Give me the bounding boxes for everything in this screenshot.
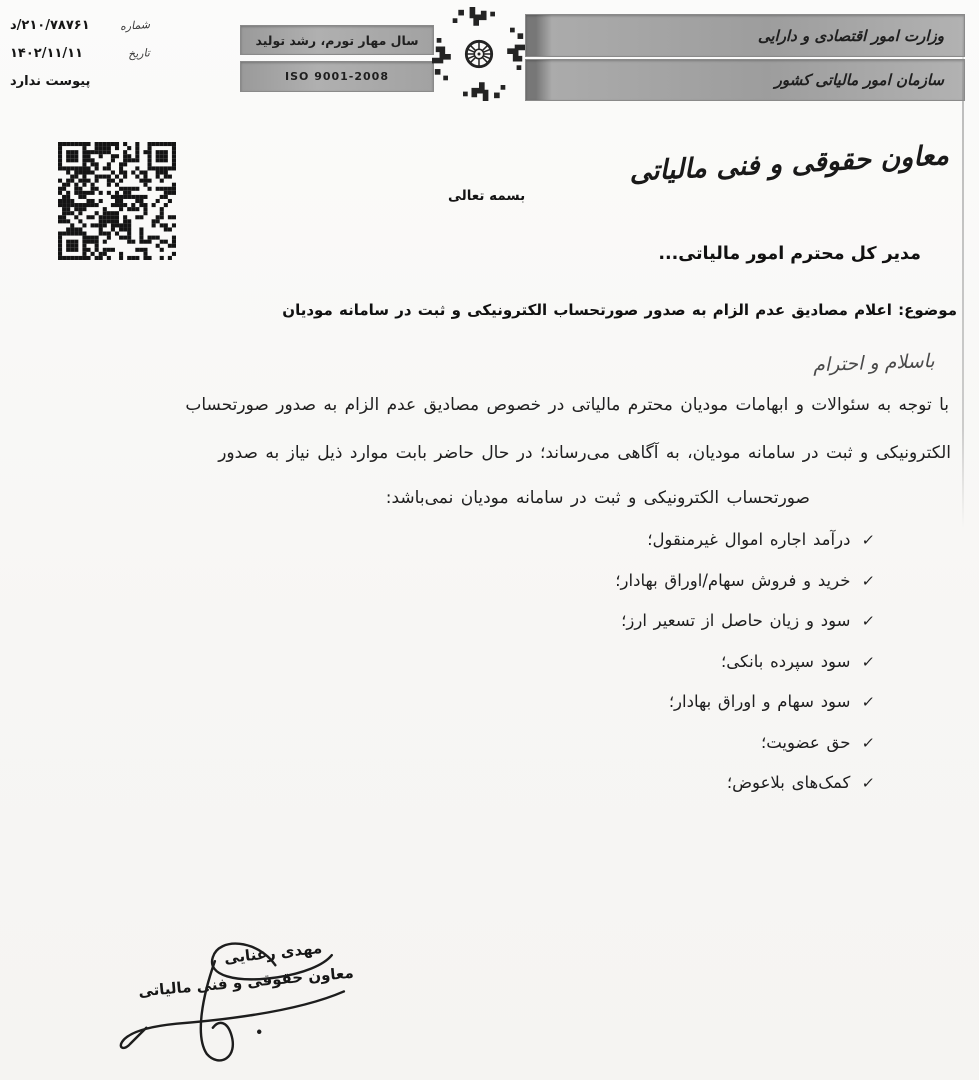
exemption-checklist: ✓ درآمد اجاره اموال غیرمنقول؛ ✓ خرید و ف…	[615, 530, 875, 792]
checkmark-icon: ✓	[861, 531, 876, 549]
checkmark-icon: ✓	[861, 774, 876, 792]
checkmark-icon: ✓	[861, 693, 876, 711]
list-item-text: سود و زیان حاصل از تسعیر ارز؛	[621, 611, 850, 630]
organization-banner: سازمان امور مالیاتی کشور	[525, 59, 965, 101]
tax-organization-emblem-icon	[432, 6, 526, 102]
iso-banner: ISO 9001-2008	[240, 61, 434, 92]
list-item-text: حق عضویت؛	[761, 733, 850, 752]
list-item: ✓ سود سهام و اوراق بهادار؛	[669, 692, 875, 711]
letter-date-row: تاریخ ۱۴۰۲/۱۱/۱۱	[10, 46, 150, 61]
checkmark-icon: ✓	[861, 612, 876, 630]
list-item: ✓ سود و زیان حاصل از تسعیر ارز؛	[621, 611, 875, 630]
letter-number-row: شماره ۲۱۰/۷۸۷۶۱/د	[10, 18, 150, 33]
subject-line: موضوع: اعلام مصادیق عدم الزام به صدور صو…	[282, 301, 957, 319]
body-paragraph-line-2: الکترونیکی و ثبت در سامانه مودیان، به آگ…	[218, 443, 951, 463]
letter-date-value: ۱۴۰۲/۱۱/۱۱	[10, 46, 83, 61]
letter-number-label: شماره	[120, 18, 151, 33]
letter-attachment-value: پیوست ندارد	[10, 74, 90, 89]
list-item: ✓ حق عضویت؛	[761, 733, 875, 752]
checkmark-icon: ✓	[861, 572, 876, 590]
checkmark-icon: ✓	[861, 653, 876, 671]
bismillah-text: بسمه تعالی	[448, 188, 525, 204]
list-item: ✓ درآمد اجاره اموال غیرمنقول؛	[647, 530, 875, 549]
greeting-line: باسلام و احترام	[813, 350, 935, 376]
list-item: ✓ کمک‌های بلاعوض؛	[727, 773, 875, 792]
list-item-text: درآمد اجاره اموال غیرمنقول؛	[647, 530, 850, 549]
slogan-banner-text: سال مهار تورم، رشد تولید	[241, 33, 433, 48]
organization-banner-text: سازمان امور مالیاتی کشور	[526, 71, 964, 89]
scanned-letter-page: شماره ۲۱۰/۷۸۷۶۱/د تاریخ ۱۴۰۲/۱۱/۱۱ پیوست…	[0, 0, 979, 1080]
handwritten-signature	[106, 930, 358, 1068]
list-item: ✓ سود سپرده بانکی؛	[721, 652, 875, 671]
list-item-text: سود سهام و اوراق بهادار؛	[669, 692, 851, 711]
list-item-text: سود سپرده بانکی؛	[721, 652, 850, 671]
qr-code	[58, 142, 176, 260]
ministry-banner: وزارت امور اقتصادی و دارایی	[525, 14, 965, 57]
scan-artifact-line	[962, 28, 964, 528]
list-item-text: خرید و فروش سهام/اوراق بهادار؛	[615, 571, 850, 590]
body-paragraph-line-3: صورتحساب الکترونیکی و ثبت در سامانه مودی…	[386, 488, 810, 508]
iso-banner-text: ISO 9001-2008	[241, 70, 433, 83]
letter-number-value: ۲۱۰/۷۸۷۶۱/د	[10, 18, 90, 33]
body-paragraph-line-1: با توجه به سئوالات و ابهامات مودیان محتر…	[185, 395, 949, 415]
checkmark-icon: ✓	[861, 734, 876, 752]
letter-date-label: تاریخ	[128, 46, 151, 60]
deputy-office-title: معاون حقوقی و فنی مالیاتی	[629, 140, 950, 188]
addressee-line: مدیر کل محترم امور مالیاتی...	[658, 244, 921, 264]
ministry-banner-text: وزارت امور اقتصادی و دارایی	[526, 27, 964, 45]
list-item: ✓ خرید و فروش سهام/اوراق بهادار؛	[615, 571, 875, 590]
slogan-banner: سال مهار تورم، رشد تولید	[240, 25, 434, 55]
letter-meta: شماره ۲۱۰/۷۸۷۶۱/د تاریخ ۱۴۰۲/۱۱/۱۱ پیوست…	[10, 18, 150, 89]
letter-attachment-row: پیوست ندارد	[10, 74, 150, 89]
list-item-text: کمک‌های بلاعوض؛	[727, 773, 851, 792]
